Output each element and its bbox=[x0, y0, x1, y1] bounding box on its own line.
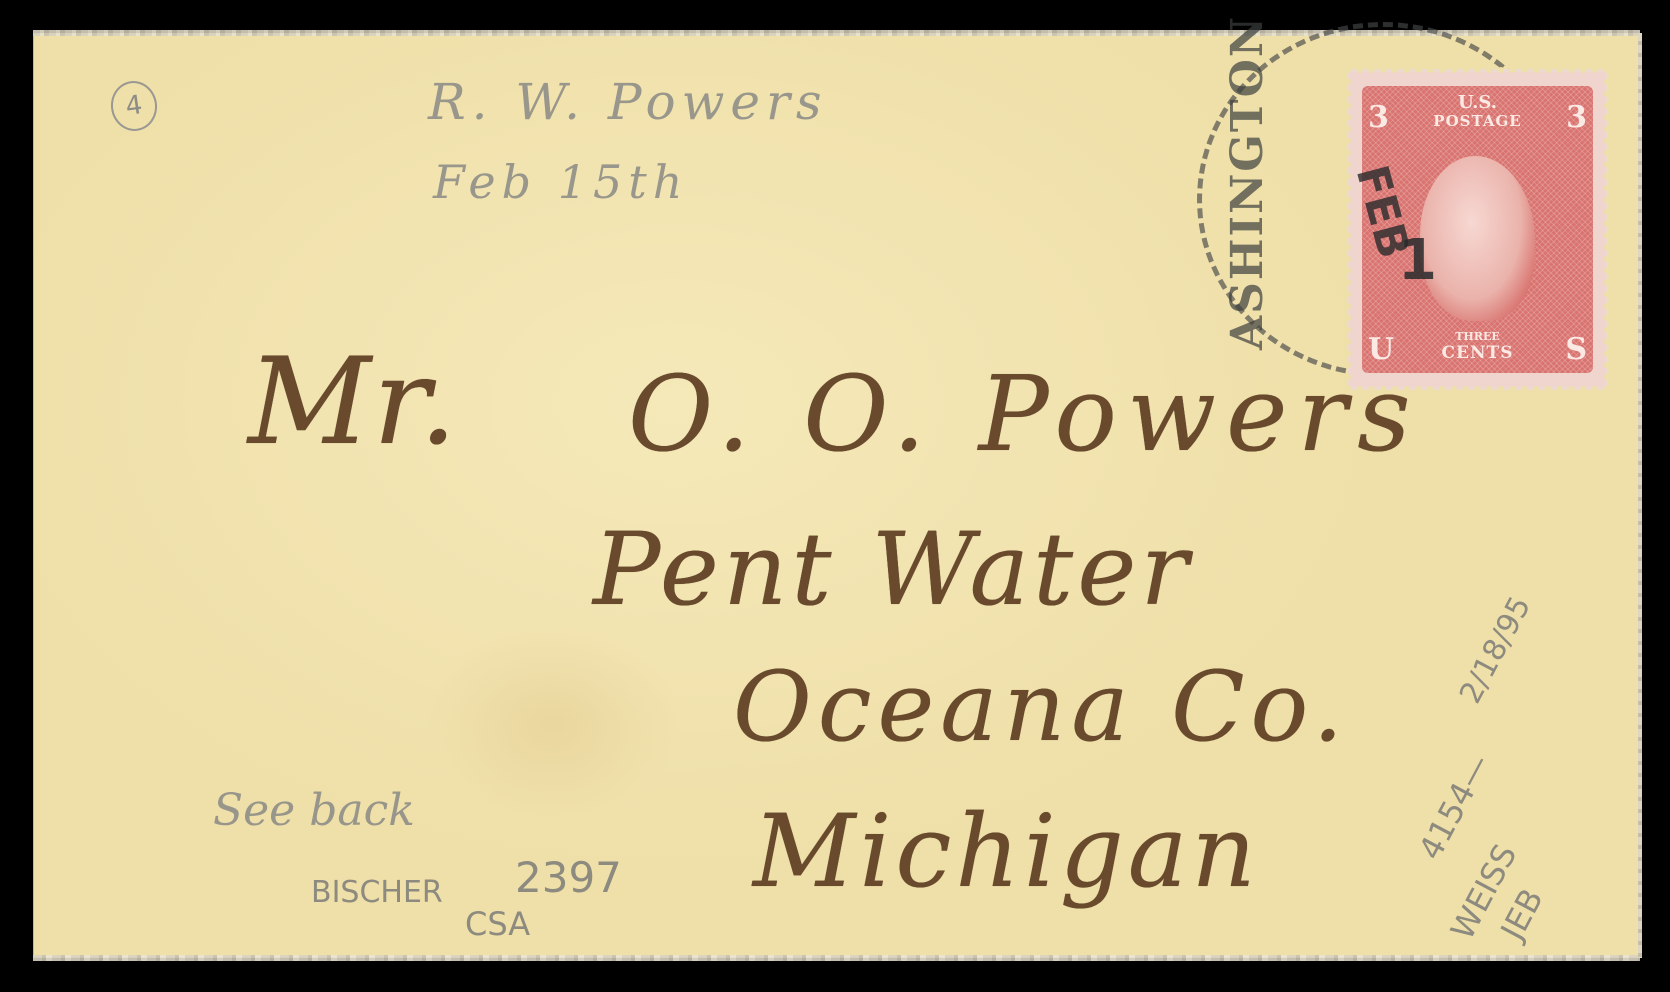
washington-portrait-icon bbox=[1420, 156, 1535, 321]
stamp-postage: POSTAGE bbox=[1362, 112, 1593, 130]
address-county: Oceana Co. bbox=[733, 651, 1349, 763]
envelope-right-edge bbox=[1638, 33, 1642, 958]
sender-date-pencil: Feb 15th bbox=[433, 155, 688, 209]
circled-reference-number: 4 bbox=[108, 78, 161, 134]
stamp-denomination: CENTS bbox=[1362, 343, 1593, 363]
note-see-back: See back bbox=[213, 785, 415, 836]
stamp-value-words: THREE bbox=[1362, 330, 1593, 343]
note-date: 2/18/95 bbox=[1453, 591, 1538, 710]
postmark-day: 1 bbox=[1398, 228, 1437, 293]
stamp-value-right: 3 bbox=[1566, 100, 1587, 135]
note-category: CSA bbox=[465, 905, 530, 943]
addressee-name: O. O. Powers bbox=[628, 353, 1421, 475]
address-state: Michigan bbox=[753, 793, 1260, 910]
sender-name-pencil: R. W. Powers bbox=[428, 73, 828, 131]
postmark-town: ASHINGTON bbox=[1222, 110, 1282, 350]
address-town: Pent Water bbox=[593, 511, 1192, 628]
stamp-country: U.S. bbox=[1362, 92, 1593, 113]
stamp-value-left: 3 bbox=[1368, 100, 1389, 135]
note-number: 2397 bbox=[515, 853, 622, 902]
address-prefix: Mr. bbox=[248, 333, 459, 472]
note-dealer: BISCHER bbox=[311, 875, 443, 910]
envelope-bottom-edge bbox=[33, 955, 1640, 961]
